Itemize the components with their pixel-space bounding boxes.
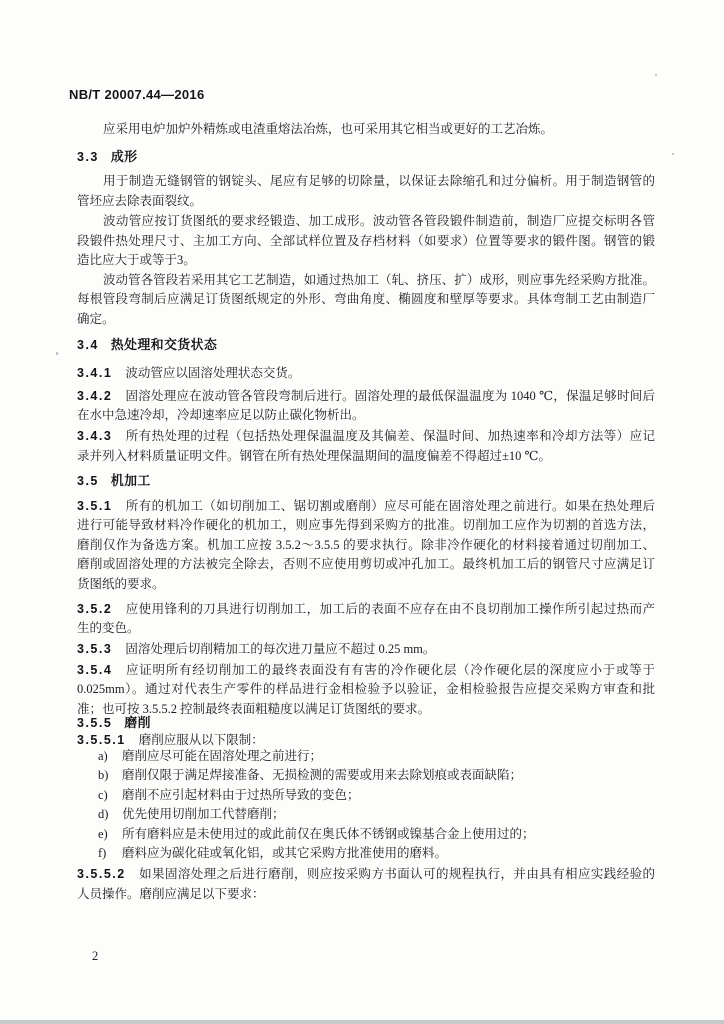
paragraph: 应采用电炉加炉外精炼或电渣重熔法冶炼，也可采用其它相当或更好的工艺冶炼。 — [77, 120, 655, 140]
section-title: 热处理和交货状态 — [111, 337, 217, 352]
list-marker: a) — [98, 747, 122, 767]
clause-number: 3.5.1 — [77, 499, 112, 513]
text-line: 3.5.1所有的机加工（如切削加工、锯切割或磨削）应尽可能在固溶处理之前进行。如… — [77, 497, 655, 517]
document-content: NB/T 20007.44—2016 应采用电炉加炉外精炼或电渣重熔法冶炼，也可… — [77, 0, 655, 904]
text-line: 3.4.2固溶处理应在波动管各管段弯制后进行。固溶处理的最低保温温度为 1040… — [77, 387, 655, 407]
document-page: NB/T 20007.44—2016 应采用电炉加炉外精炼或电渣重熔法冶炼，也可… — [0, 0, 724, 1024]
clause: 3.5.3固溶处理后切削精加工的每次进刀量应不超过 0.25 mm。 — [77, 640, 655, 660]
text-line: 管坯应去除表面裂纹。 — [77, 192, 655, 212]
section-number: 3.5 — [77, 474, 99, 488]
paragraph: 波动管各管段若采用其它工艺制造，如通过热加工（轧、挤压、扩）成形，则应事先经采购… — [77, 271, 655, 330]
list-item: c)磨削不应引起材料由于过热所导致的变色； — [77, 786, 655, 806]
document-body: 应采用电炉加炉外精炼或电渣重熔法冶炼，也可采用其它相当或更好的工艺冶炼。3.3成… — [77, 120, 655, 904]
text-line: 3.5.2应使用锋利的刀具进行切削加工，加工后的表面不应存在由不良切削加工操作所… — [77, 600, 655, 620]
clause: 3.4.1波动管应以固溶处理状态交货。 — [77, 364, 655, 384]
section-number: 3.3 — [77, 150, 99, 164]
text-line: 造比应大于或等于3。 — [77, 251, 655, 271]
clause-number: 3.4.3 — [77, 429, 112, 443]
scan-edge-shadow — [0, 1020, 724, 1024]
text-line: 录并列入材料质量证明文件。钢管在所有热处理保温期间的温度偏差不得超过±10 ℃。 — [77, 447, 655, 467]
clause-number: 3.5.5.2 — [77, 867, 126, 881]
section-number: 3.5.5 — [77, 716, 112, 730]
list-marker: d) — [98, 805, 122, 825]
page-number: 2 — [92, 947, 98, 967]
text-line: 用于制造无缝钢管的钢锭头、尾应有足够的切除量，以保证去除缩孔和过分偏析。用于制造… — [77, 172, 655, 192]
text-line: 确定。 — [77, 310, 655, 330]
clause-number: 3.5.2 — [77, 602, 112, 616]
clause: 3.5.1所有的机加工（如切削加工、锯切割或磨削）应尽可能在固溶处理之前进行。如… — [77, 497, 655, 595]
text-line: 波动管应按订货图纸的要求经锻造、加工成形。波动管各管段锻件制造前，制造厂应提交标… — [77, 212, 655, 232]
clause-number: 3.4.1 — [77, 366, 112, 380]
list-item: f)磨料应为碳化硅或氧化铝，或其它采购方批准使用的磨料。 — [77, 844, 655, 864]
text-line: 磨削仅作为备选方案。机加工应按 3.5.2～3.5.5 的要求执行。除非冷作硬化… — [77, 536, 655, 556]
text-line: 在水中急速冷却，冷却速率应足以防止碳化物析出。 — [77, 406, 655, 426]
text-line: 波动管各管段若采用其它工艺制造，如通过热加工（轧、挤压、扩）成形，则应事先经采购… — [77, 271, 655, 291]
text-line: 应采用电炉加炉外精炼或电渣重熔法冶炼，也可采用其它相当或更好的工艺冶炼。 — [77, 120, 655, 140]
list-item: d)优先使用切削加工代替磨削； — [77, 805, 655, 825]
clause: 3.5.5.2如果固溶处理之后进行磨削，则应按采购方书面认可的规程执行，并由具有… — [77, 865, 655, 904]
clause-number: 3.5.5.1 — [77, 733, 126, 747]
paragraph: 波动管应按订货图纸的要求经锻造、加工成形。波动管各管段锻件制造前，制造厂应提交标… — [77, 212, 655, 271]
list-marker: e) — [98, 825, 122, 845]
list-item: b)磨削仅限于满足焊接准备、无损检测的需要或用来去除划痕或表面缺陷； — [77, 766, 655, 786]
text-line: 进行可能导致材料冷作硬化的机加工，则应事先得到采购方的批准。切削加工应作为切割的… — [77, 516, 655, 536]
section-title: 成形 — [111, 149, 138, 164]
text-line: 3.4.3所有热处理的过程（包括热处理保温温度及其偏差、保温时间、加热速率和冷却… — [77, 427, 655, 447]
scan-speck — [672, 153, 674, 155]
document-number-header: NB/T 20007.44—2016 — [69, 85, 655, 105]
text-line: 3.5.5.2如果固溶处理之后进行磨削，则应按采购方书面认可的规程执行，并由具有… — [77, 865, 655, 885]
text-line: 3.5.4应证明所有经切削加工的最终表面没有有害的冷作硬化层（冷作硬化层的深度应… — [77, 661, 655, 681]
clause-number: 3.4.2 — [77, 389, 112, 403]
scan-speck — [56, 352, 58, 355]
clause-number: 3.5.4 — [77, 663, 112, 677]
clause: 3.5.4应证明所有经切削加工的最终表面没有有害的冷作硬化层（冷作硬化层的深度应… — [77, 661, 655, 720]
section-heading: 3.5机加工 — [77, 471, 655, 491]
text-line: 3.4.1波动管应以固溶处理状态交货。 — [77, 364, 655, 384]
paragraph: 用于制造无缝钢管的钢锭头、尾应有足够的切除量，以保证去除缩孔和过分偏析。用于制造… — [77, 172, 655, 211]
text-line: 磨削或固溶处理的方法被完全除去，否则不应使用剪切或冲孔加工。最终机加工后的钢管尺… — [77, 555, 655, 575]
text-line: 货图纸的要求。 — [77, 575, 655, 595]
text-line: 段锻件热处理尺寸、主加工方向、全部试样位置及存档材料（如要求）位置等要求的锻件图… — [77, 232, 655, 252]
section-heading: 3.3成形 — [77, 147, 655, 167]
text-line: 每根管段弯制后应满足订货图纸规定的外形、弯曲角度、椭圆度和壁厚等要求。具体弯制工… — [77, 290, 655, 310]
clause: 3.4.3所有热处理的过程（包括热处理保温温度及其偏差、保温时间、加热速率和冷却… — [77, 427, 655, 466]
clause: 3.5.2应使用锋利的刀具进行切削加工，加工后的表面不应存在由不良切削加工操作所… — [77, 600, 655, 639]
section-number: 3.4 — [77, 338, 99, 352]
text-line: 人员操作。磨削应满足以下要求： — [77, 885, 655, 905]
text-line: 3.5.3固溶处理后切削精加工的每次进刀量应不超过 0.25 mm。 — [77, 640, 655, 660]
text-line: 生的变色。 — [77, 619, 655, 639]
list-item: e)所有磨料应是未使用过的或此前仅在奥氏体不锈钢或镍基合金上使用过的； — [77, 825, 655, 845]
section-title: 磨削 — [124, 715, 151, 730]
scan-speck — [655, 74, 657, 76]
section-heading: 3.4热处理和交货状态 — [77, 335, 655, 355]
clause: 3.4.2固溶处理应在波动管各管段弯制后进行。固溶处理的最低保温温度为 1040… — [77, 387, 655, 426]
lettered-list: a)磨削应尽可能在固溶处理之前进行；b)磨削仅限于满足焊接准备、无损检测的需要或… — [77, 747, 655, 864]
clause-number: 3.5.3 — [77, 642, 112, 656]
section-title: 机加工 — [111, 473, 151, 488]
list-marker: c) — [98, 786, 122, 806]
list-marker: f) — [98, 844, 122, 864]
list-item: a)磨削应尽可能在固溶处理之前进行； — [77, 747, 655, 767]
list-marker: b) — [98, 766, 122, 786]
text-line: 0.025mm）。通过对代表生产零件的样品进行金相检验予以验证，金相检验报告应提… — [77, 680, 655, 700]
